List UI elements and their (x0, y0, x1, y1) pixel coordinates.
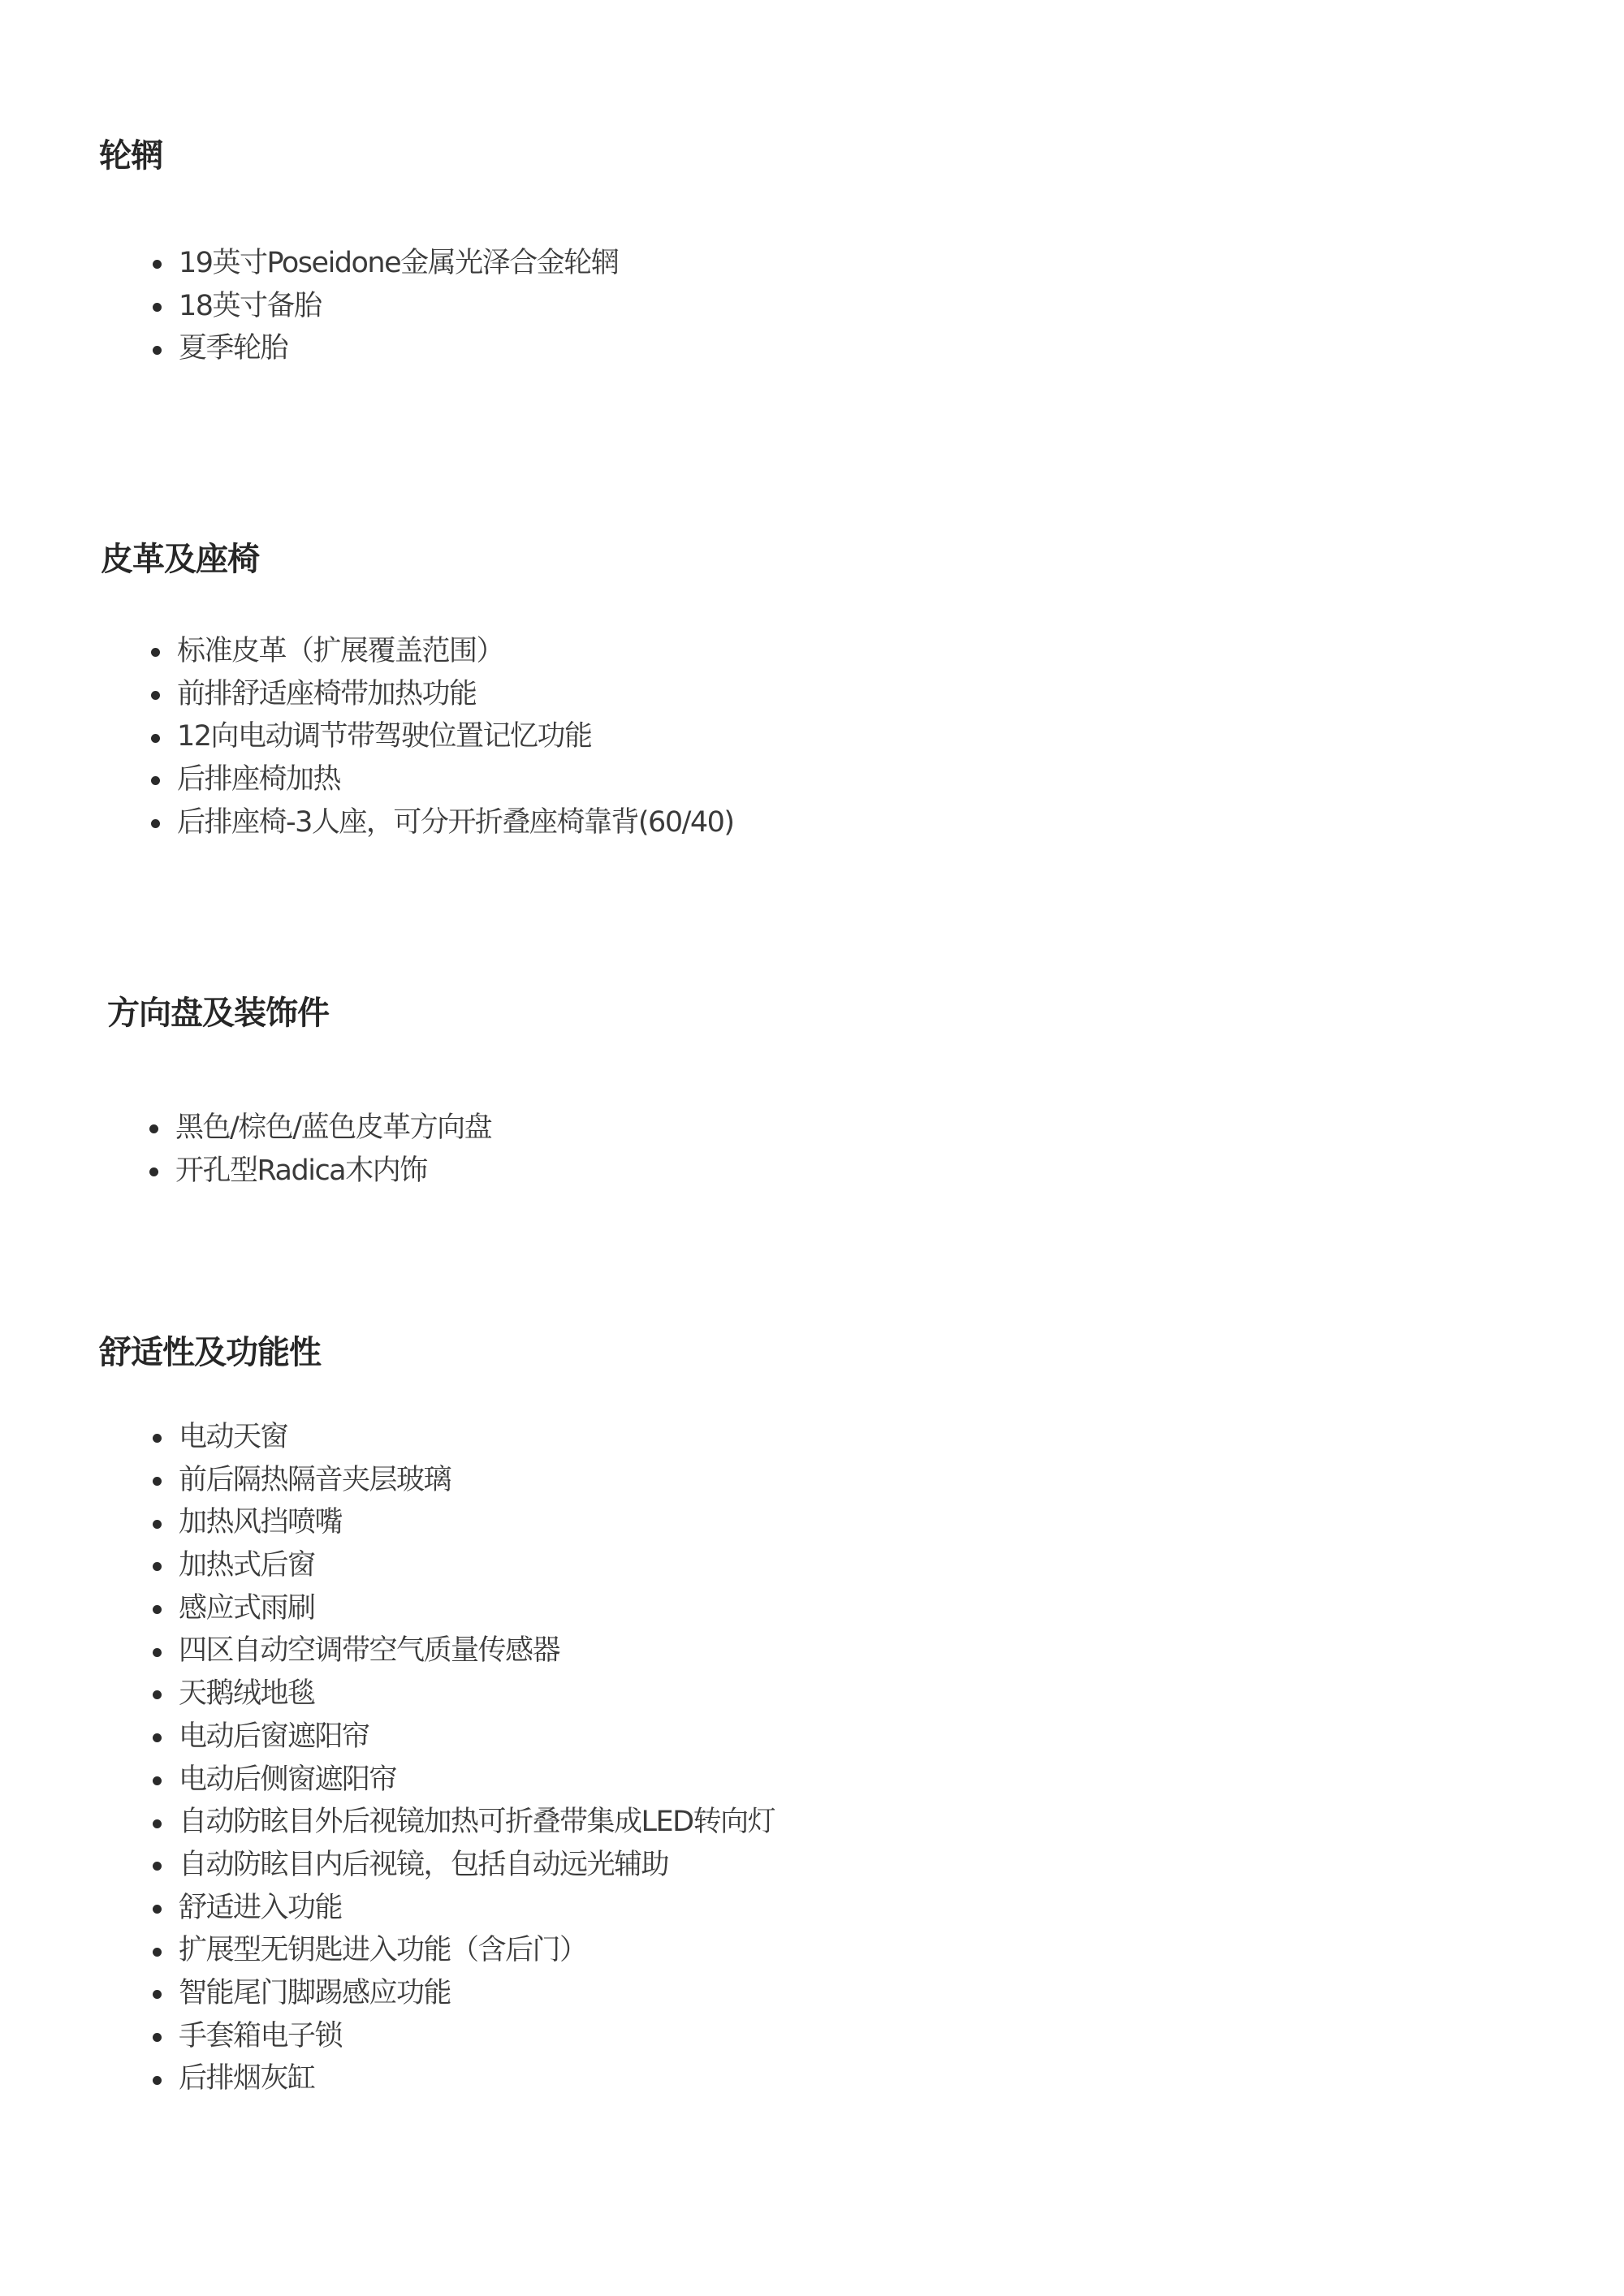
section-heading: 皮革及座椅 (101, 542, 259, 577)
list-item: 电动后侧窗遮阳帘 (153, 1759, 775, 1802)
bullet-icon (151, 691, 160, 700)
list-item: 18英寸备胎 (153, 285, 618, 328)
list-item: 前排舒适座椅带加热功能 (151, 673, 734, 716)
bullet-icon (153, 1434, 162, 1443)
list-item: 感应式雨刷 (153, 1587, 775, 1630)
list-item-text: 舒适进入功能 (179, 1887, 342, 1930)
bullet-icon (151, 819, 160, 828)
list-item: 19英寸Poseidone金属光泽合金轮辋 (153, 242, 618, 285)
bullet-icon (153, 1990, 162, 1999)
bullet-icon (153, 1648, 162, 1657)
list-item: 开孔型Radica木内饰 (149, 1150, 491, 1193)
bullet-icon (151, 648, 160, 657)
list-item-text: 黑色/棕色/蓝色皮革方向盘 (175, 1107, 491, 1150)
list-item-text: 标准皮革（扩展覆盖范围） (177, 630, 503, 673)
list-item-text: 电动后窗遮阳帘 (179, 1716, 369, 1759)
bullet-icon (153, 1690, 162, 1699)
list-item-text: 19英寸Poseidone金属光泽合金轮辋 (179, 242, 618, 285)
section-heading: 舒适性及功能性 (99, 1335, 321, 1370)
list-item-text: 感应式雨刷 (179, 1587, 315, 1630)
section-heading: 轮辋 (99, 138, 162, 174)
bullet-icon (153, 303, 162, 312)
list-item: 自动防眩目内后视镜，包括自动远光辅助 (153, 1844, 775, 1887)
list-item: 电动后窗遮阳帘 (153, 1716, 775, 1759)
list-item-text: 天鹅绒地毯 (179, 1672, 315, 1716)
bullet-icon (153, 1862, 162, 1871)
list-item: 标准皮革（扩展覆盖范围） (151, 630, 734, 673)
bullet-icon (153, 1562, 162, 1571)
list-item-text: 智能尾门脚踢感应功能 (179, 1972, 451, 2015)
bullet-icon (153, 1948, 162, 1957)
bullet-icon (153, 2033, 162, 2042)
bullet-icon (153, 346, 162, 355)
list-item: 后排烟灰缸 (153, 2057, 775, 2100)
list-item: 12向电动调节带驾驶位置记忆功能 (151, 715, 734, 758)
list-item-text: 后排座椅加热 (177, 758, 340, 801)
bullet-icon (153, 2076, 162, 2085)
feature-list: 电动天窗 前后隔热隔音夹层玻璃 加热风挡喷嘴 加热式后窗 感应式雨刷 四区自动空… (153, 1416, 775, 2100)
list-item-text: 夏季轮胎 (179, 327, 287, 370)
list-item-text: 12向电动调节带驾驶位置记忆功能 (177, 715, 592, 758)
list-item-text: 18英寸备胎 (179, 285, 322, 328)
list-item: 手套箱电子锁 (153, 2015, 775, 2058)
list-item: 前后隔热隔音夹层玻璃 (153, 1459, 775, 1502)
bullet-icon (153, 1733, 162, 1742)
list-item: 扩展型无钥匙进入功能（含后门） (153, 1929, 775, 1972)
list-item: 后排座椅-3人座，可分开折叠座椅靠背(60/40) (151, 801, 734, 844)
list-item-text: 前排舒适座椅带加热功能 (177, 673, 477, 716)
list-item-text: 加热风挡喷嘴 (179, 1501, 342, 1544)
list-item: 四区自动空调带空气质量传感器 (153, 1629, 775, 1672)
list-item-text: 前后隔热隔音夹层玻璃 (179, 1459, 451, 1502)
list-item-text: 自动防眩目内后视镜，包括自动远光辅助 (179, 1844, 668, 1887)
list-item: 电动天窗 (153, 1416, 775, 1459)
list-item-text: 手套箱电子锁 (179, 2015, 342, 2058)
bullet-icon (153, 1905, 162, 1914)
list-item: 加热风挡喷嘴 (153, 1501, 775, 1544)
bullet-icon (153, 1477, 162, 1486)
bullet-icon (153, 1605, 162, 1614)
bullet-icon (149, 1124, 158, 1133)
bullet-icon (153, 1776, 162, 1785)
list-item-text: 扩展型无钥匙进入功能（含后门） (179, 1929, 587, 1972)
list-item-text: 自动防眩目外后视镜加热可折叠带集成LED转向灯 (179, 1801, 775, 1844)
feature-list: 黑色/棕色/蓝色皮革方向盘 开孔型Radica木内饰 (149, 1107, 491, 1192)
list-item-text: 加热式后窗 (179, 1544, 315, 1587)
bullet-icon (153, 1520, 162, 1529)
bullet-icon (151, 776, 160, 785)
section-heading: 方向盘及装饰件 (107, 995, 329, 1031)
list-item-text: 四区自动空调带空气质量传感器 (179, 1629, 559, 1672)
list-item-text: 后排烟灰缸 (179, 2057, 315, 2100)
list-item-text: 电动天窗 (179, 1416, 287, 1459)
list-item: 自动防眩目外后视镜加热可折叠带集成LED转向灯 (153, 1801, 775, 1844)
list-item-text: 后排座椅-3人座，可分开折叠座椅靠背(60/40) (177, 801, 734, 844)
list-item: 智能尾门脚踢感应功能 (153, 1972, 775, 2015)
list-item: 天鹅绒地毯 (153, 1672, 775, 1716)
bullet-icon (153, 1819, 162, 1828)
bullet-icon (149, 1167, 158, 1176)
list-item: 黑色/棕色/蓝色皮革方向盘 (149, 1107, 491, 1150)
feature-list: 标准皮革（扩展覆盖范围） 前排舒适座椅带加热功能 12向电动调节带驾驶位置记忆功… (151, 630, 734, 844)
list-item-text: 开孔型Radica木内饰 (175, 1150, 427, 1193)
feature-list: 19英寸Poseidone金属光泽合金轮辋 18英寸备胎 夏季轮胎 (153, 242, 618, 370)
list-item: 后排座椅加热 (151, 758, 734, 801)
bullet-icon (153, 260, 162, 269)
list-item-text: 电动后侧窗遮阳帘 (179, 1759, 396, 1802)
list-item: 加热式后窗 (153, 1544, 775, 1587)
list-item: 夏季轮胎 (153, 327, 618, 370)
list-item: 舒适进入功能 (153, 1887, 775, 1930)
bullet-icon (151, 734, 160, 743)
